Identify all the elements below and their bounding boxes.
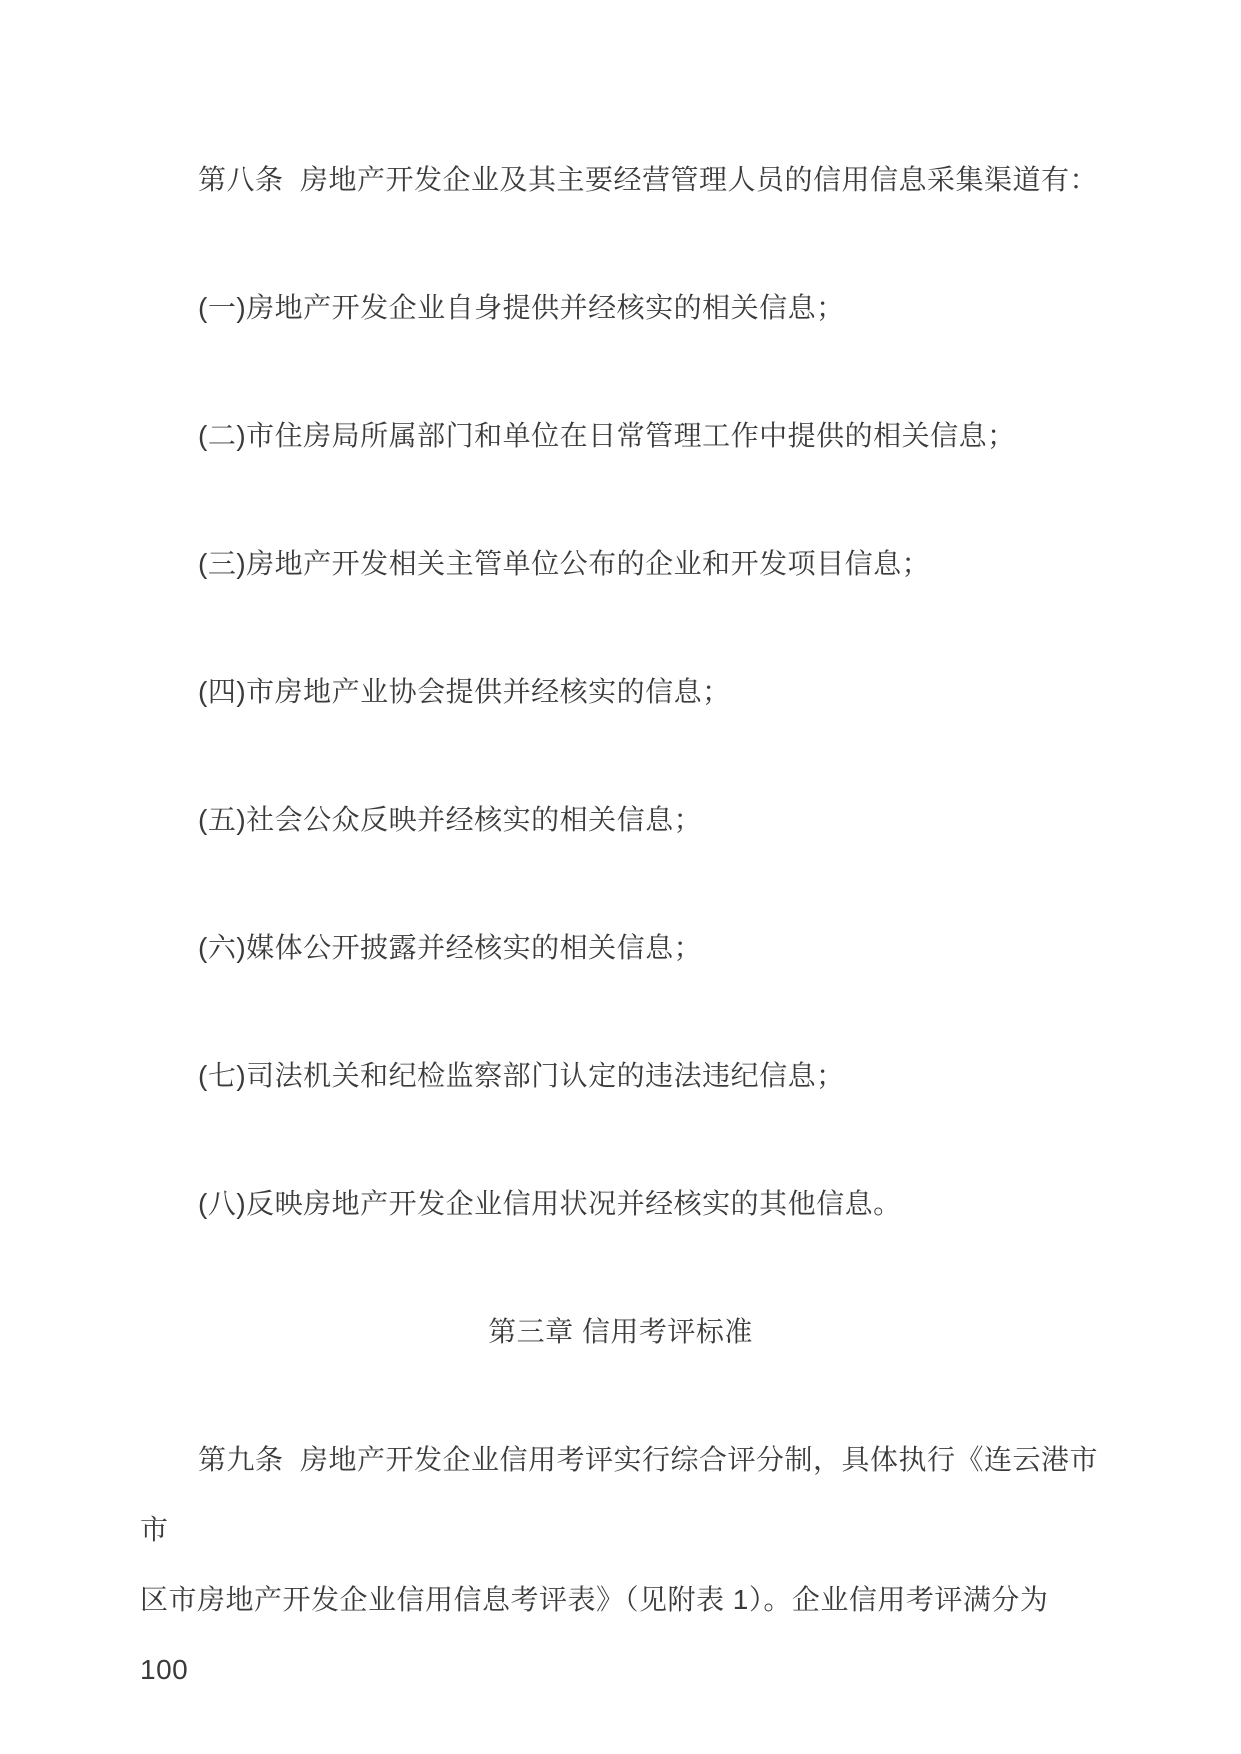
paragraph-line: (八)反映房地产开发企业信用状况并经核实的其他信息。 [140,1169,1101,1239]
paragraph-line: (五)社会公众反映并经核实的相关信息； [140,785,1101,855]
chapter-3-heading: 第三章 信用考评标准 [140,1297,1101,1367]
heading-line: 第三章 信用考评标准 [140,1297,1101,1367]
paragraph-item-4: (四)市房地产业协会提供并经核实的信息； [140,657,1101,727]
document-content: 第八条 房地产开发企业及其主要经营管理人员的信用信息采集渠道有： (一)房地产开… [0,0,1241,1705]
paragraph-line: (七)司法机关和纪检监察部门认定的违法违纪信息； [140,1041,1101,1111]
paragraph-item-3: (三)房地产开发相关主管单位公布的企业和开发项目信息； [140,529,1101,599]
paragraph-article-8: 第八条 房地产开发企业及其主要经营管理人员的信用信息采集渠道有： [140,145,1101,215]
paragraph-item-1: (一)房地产开发企业自身提供并经核实的相关信息； [140,273,1101,343]
paragraph-item-5: (五)社会公众反映并经核实的相关信息； [140,785,1101,855]
paragraph-item-8: (八)反映房地产开发企业信用状况并经核实的其他信息。 [140,1169,1101,1239]
paragraph-line: 第九条 房地产开发企业信用考评实行综合评分制，具体执行《连云港市市 [140,1425,1101,1565]
paragraph-item-6: (六)媒体公开披露并经核实的相关信息； [140,913,1101,983]
paragraph-item-2: (二)市住房局所属部门和单位在日常管理工作中提供的相关信息； [140,401,1101,471]
document-page: 第八条 房地产开发企业及其主要经营管理人员的信用信息采集渠道有： (一)房地产开… [0,0,1241,1754]
paragraph-line: 第八条 房地产开发企业及其主要经营管理人员的信用信息采集渠道有： [140,145,1101,215]
paragraph-line: (六)媒体公开披露并经核实的相关信息； [140,913,1101,983]
paragraph-line: (四)市房地产业协会提供并经核实的信息； [140,657,1101,727]
paragraph-line: (二)市住房局所属部门和单位在日常管理工作中提供的相关信息； [140,401,1101,471]
paragraph-article-9: 第九条 房地产开发企业信用考评实行综合评分制，具体执行《连云港市市 区市房地产开… [140,1425,1101,1705]
paragraph-line: 区市房地产开发企业信用信息考评表》（见附表 1）。企业信用考评满分为 100 [140,1565,1101,1705]
paragraph-line: (三)房地产开发相关主管单位公布的企业和开发项目信息； [140,529,1101,599]
paragraph-line: (一)房地产开发企业自身提供并经核实的相关信息； [140,273,1101,343]
paragraph-item-7: (七)司法机关和纪检监察部门认定的违法违纪信息； [140,1041,1101,1111]
